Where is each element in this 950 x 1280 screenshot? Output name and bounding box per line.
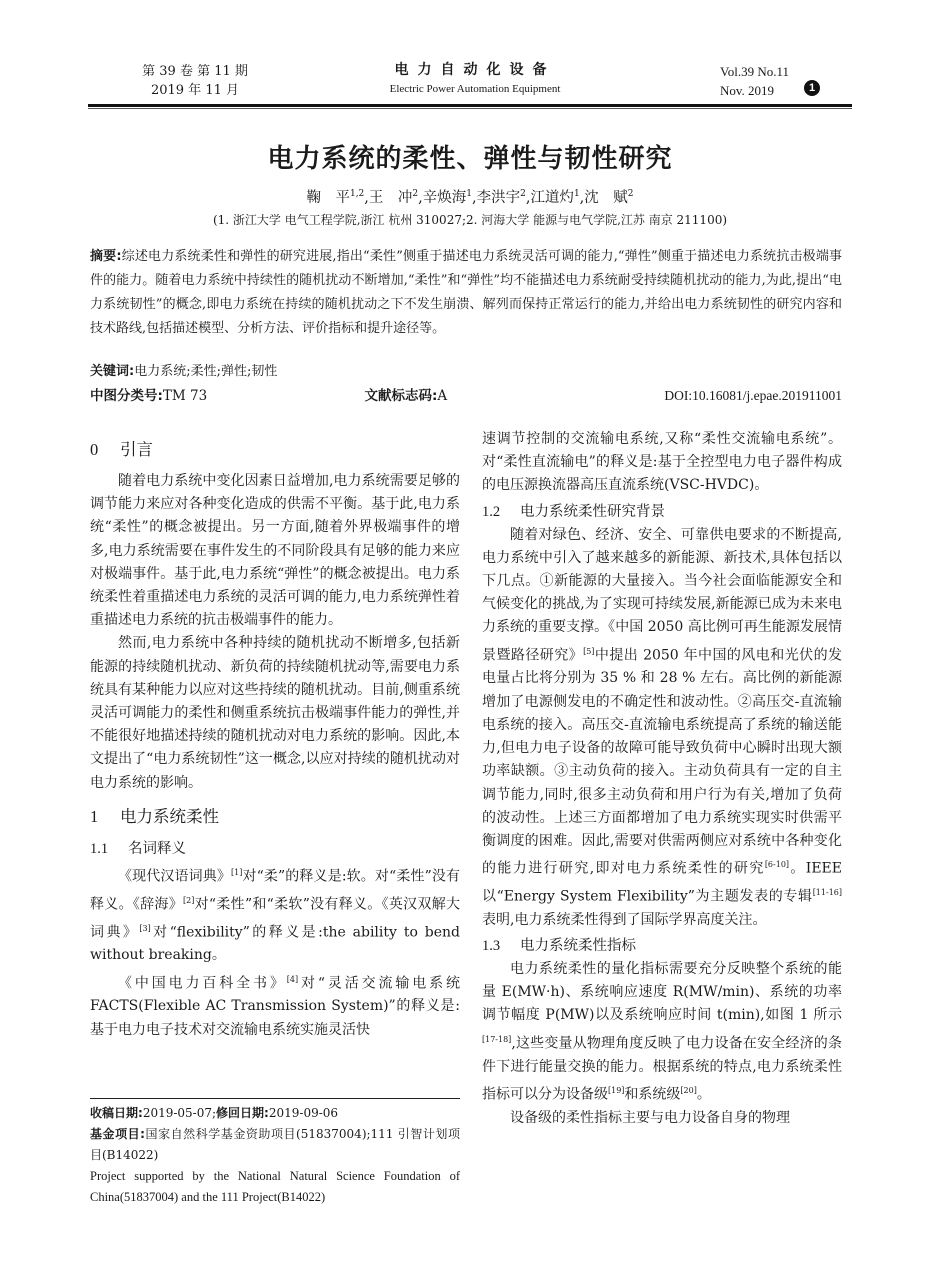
- section-heading-0: 0引言: [90, 438, 460, 462]
- abstract-text: 综述电力系统柔性和弹性的研究进展,指出“柔性”侧重于描述电力系统灵活可调的能力,…: [90, 249, 842, 336]
- header-rule-thick: [88, 104, 852, 107]
- revised-label: 修回日期:: [216, 1106, 269, 1120]
- doi-label: DOI:: [664, 388, 692, 403]
- citation[interactable]: [2]: [183, 896, 194, 905]
- fund-label: 基金项目:: [90, 1127, 145, 1141]
- affiliations: (1. 浙江大学 电气工程学院,浙江 杭州 310027;2. 河海大学 能源与…: [88, 211, 852, 228]
- citation[interactable]: [3]: [139, 924, 150, 933]
- subsection-heading-1-2: 1.2电力系统柔性研究背景: [482, 500, 842, 524]
- journal-name-cn: 电力自动化设备: [330, 60, 620, 80]
- clc-value: TM 73: [163, 388, 207, 404]
- revised-value: 2019-09-06: [269, 1106, 338, 1120]
- author: 李洪宇: [477, 190, 521, 206]
- keywords-label: 关键词:: [90, 364, 134, 379]
- keywords-text: 电力系统;柔性;弹性;韧性: [134, 364, 277, 379]
- column-right: 速调节控制的交流输电系统,又称“柔性交流输电系统”。对“柔性直流输电”的释义是:…: [482, 428, 842, 1130]
- text: 《中国电力百科全书》: [118, 975, 287, 991]
- doi: DOI:10.16081/j.epae.201911001: [664, 385, 842, 407]
- section-number: 1: [90, 805, 120, 829]
- fund-english: Project supported by the National Natura…: [90, 1166, 460, 1208]
- citation[interactable]: [6-10]: [765, 860, 789, 869]
- column-left: 0引言 随着电力系统中变化因素日益增加,电力系统需要足够的调节能力来应对各种变化…: [90, 434, 460, 1042]
- text: 中提出 2050 年中国的风电和光伏的发电量占比将分别为 35 % 和 28 %…: [482, 647, 842, 876]
- page-number-badge: 1: [804, 80, 820, 96]
- doc-code-value: A: [437, 388, 447, 404]
- paragraph-continued: 速调节控制的交流输电系统,又称“柔性交流输电系统”。对“柔性直流输电”的释义是:…: [482, 428, 842, 498]
- author: 江道灼: [530, 190, 574, 206]
- clc-code: 中图分类号:TM 73: [90, 385, 207, 407]
- subsection-number: 1.2: [482, 500, 520, 524]
- issue-info-en: Vol.39 No.11 Nov. 2019 1: [700, 62, 840, 100]
- citation[interactable]: [19]: [608, 1086, 624, 1095]
- author-list: 鞠 平1,2,王 冲2,辛焕海1,李洪宇2,江道灼1,沈 赋2: [88, 186, 852, 207]
- doc-code: 文献标志码:A: [364, 385, 447, 407]
- text: 电力系统柔性的量化指标需要充分反映整个系统的能量 E(MW·h)、系统响应速度 …: [482, 961, 842, 1023]
- author: 辛焕海: [423, 190, 467, 206]
- section-heading-1: 1电力系统柔性: [90, 805, 460, 829]
- subsection-title: 电力系统柔性指标: [520, 938, 636, 954]
- author-affiliation-mark: 1: [466, 189, 472, 199]
- author-affiliation-mark: 1,2: [350, 189, 364, 199]
- citation[interactable]: [5]: [583, 647, 594, 656]
- section-title: 引言: [120, 440, 153, 459]
- paragraph: 随着对绿色、经济、安全、可靠供电要求的不断提高,电力系统中引入了越来越多的新能源…: [482, 524, 842, 932]
- fund-value: 国家自然科学基金资助项目(51837004);111 引智计划项目(B14022…: [90, 1127, 460, 1162]
- text: 表明,电力系统柔性得到了国际学界高度关注。: [482, 912, 766, 928]
- volume-issue-cn: 第 39 卷 第 11 期: [130, 62, 260, 81]
- paragraph: 随着电力系统中变化因素日益增加,电力系统需要足够的调节能力来应对各种变化造成的供…: [90, 470, 460, 632]
- abstract: 摘要:综述电力系统柔性和弹性的研究进展,指出“柔性”侧重于描述电力系统灵活可调的…: [90, 245, 842, 341]
- citation[interactable]: [20]: [680, 1086, 696, 1095]
- paragraph: 设备级的柔性指标主要与电力设备自身的物理: [482, 1107, 842, 1130]
- doi-value: 10.16081/j.epae.201911001: [692, 388, 842, 403]
- paragraph: 《现代汉语词典》[1]对“柔”的释义是:软。对“柔性”没有释义。《辞海》[2]对…: [90, 861, 460, 968]
- citation[interactable]: [1]: [231, 868, 242, 877]
- text: 随着对绿色、经济、安全、可靠供电要求的不断提高,电力系统中引入了越来越多的新能源…: [482, 527, 842, 664]
- footnote: 收稿日期:2019-05-07;修回日期:2019-09-06 基金项目:国家自…: [90, 1103, 460, 1208]
- issue-info-cn: 第 39 卷 第 11 期 2019 年 11 月: [130, 62, 260, 100]
- text: 《现代汉语词典》: [118, 869, 231, 885]
- author-affiliation-mark: 2: [412, 189, 418, 199]
- subsection-heading-1-1: 1.1名词释义: [90, 837, 460, 861]
- author-affiliation-mark: 2: [628, 189, 634, 199]
- section-title: 电力系统柔性: [120, 807, 219, 826]
- doc-code-label: 文献标志码:: [364, 388, 437, 404]
- author: 鞠 平: [306, 190, 350, 206]
- citation[interactable]: [4]: [287, 975, 298, 984]
- subsection-title: 电力系统柔性研究背景: [520, 504, 665, 520]
- paragraph: 《中国电力百科全书》[4]对“灵活交流输电系统FACTS(Flexible AC…: [90, 968, 460, 1042]
- classification-row: 中图分类号:TM 73 文献标志码:A DOI:10.16081/j.epae.…: [90, 385, 842, 407]
- author: 沈 赋: [584, 190, 628, 206]
- citation[interactable]: [17-18]: [482, 1035, 511, 1044]
- received-value: 2019-05-07;: [143, 1106, 216, 1120]
- date-cn: 2019 年 11 月: [130, 81, 260, 100]
- author-affiliation-mark: 2: [520, 189, 526, 199]
- paper-title: 电力系统的柔性、弹性与韧性研究: [88, 138, 852, 175]
- received-label: 收稿日期:: [90, 1106, 143, 1120]
- dates-line: 收稿日期:2019-05-07;修回日期:2019-09-06: [90, 1103, 460, 1124]
- paragraph: 然而,电力系统中各种持续的随机扰动不断增多,包括新能源的持续随机扰动、新负荷的持…: [90, 632, 460, 794]
- header-rule-thin: [88, 108, 852, 109]
- author: 王 冲: [369, 190, 413, 206]
- subsection-number: 1.1: [90, 837, 128, 861]
- text: 。: [697, 1086, 711, 1102]
- clc-label: 中图分类号:: [90, 388, 163, 404]
- paragraph: 电力系统柔性的量化指标需要充分反映整个系统的能量 E(MW·h)、系统响应速度 …: [482, 958, 842, 1107]
- journal-name: 电力自动化设备 Electric Power Automation Equipm…: [330, 60, 620, 98]
- journal-name-en: Electric Power Automation Equipment: [330, 80, 620, 98]
- volume-issue-en: Vol.39 No.11: [700, 62, 840, 81]
- author-affiliation-mark: 1: [574, 189, 580, 199]
- fund-line: 基金项目:国家自然科学基金资助项目(51837004);111 引智计划项目(B…: [90, 1124, 460, 1166]
- text: 和系统级: [624, 1086, 680, 1102]
- footnote-divider: [90, 1098, 460, 1099]
- citation[interactable]: [11-16]: [813, 888, 842, 897]
- subsection-heading-1-3: 1.3电力系统柔性指标: [482, 934, 842, 958]
- subsection-number: 1.3: [482, 934, 520, 958]
- subsection-title: 名词释义: [128, 841, 186, 857]
- abstract-label: 摘要:: [90, 249, 122, 264]
- section-number: 0: [90, 438, 120, 462]
- keywords: 关键词:电力系统;柔性;弹性;韧性: [90, 361, 842, 383]
